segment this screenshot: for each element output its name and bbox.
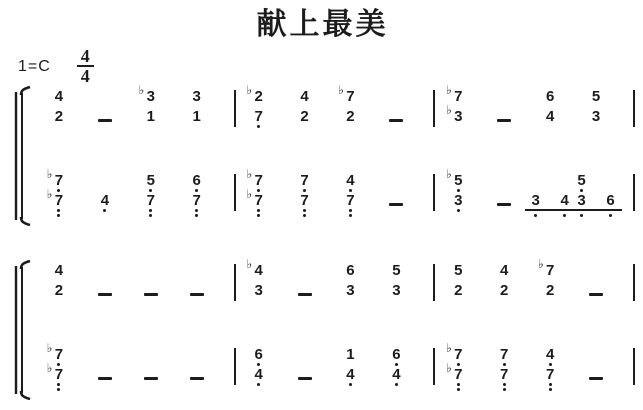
note: 6 <box>193 174 201 194</box>
note: 2 <box>300 110 308 130</box>
beat: ♭72 <box>527 264 573 304</box>
flat-icon: ♭ <box>47 168 53 180</box>
time-signature-denominator: 4 <box>77 65 94 85</box>
note-digit: 3 <box>193 90 201 104</box>
note-digit: 3 <box>531 194 539 208</box>
beat: ♭7♭3 <box>435 90 481 130</box>
note: 6 <box>254 348 262 368</box>
note-digit: 6 <box>346 264 354 278</box>
note-stack: ♭7♭7 <box>51 174 67 214</box>
octave-dot <box>57 388 60 391</box>
note-digit: 1 <box>193 110 201 124</box>
note-digit: 4 <box>546 348 554 362</box>
note-digit: 4 <box>55 264 63 278</box>
beat <box>573 264 619 304</box>
octave-dot <box>349 214 352 217</box>
octave-dots <box>57 209 60 217</box>
octave-dot <box>349 383 352 386</box>
measure: ♭7♭745767 <box>36 174 234 214</box>
note-digit: 7 <box>300 194 308 208</box>
note-digit: 6 <box>546 90 554 104</box>
note: ♭7 <box>55 348 63 368</box>
note-stack: 77 <box>496 348 512 388</box>
octave-dot <box>549 383 552 386</box>
note-digit: 4 <box>346 174 354 188</box>
flat-icon: ♭ <box>446 342 452 354</box>
dash-slot <box>143 368 159 388</box>
dash-slot <box>97 368 113 388</box>
note-stack: ♭27 <box>251 90 267 130</box>
note-digit: 2 <box>300 110 308 124</box>
note-stack <box>388 174 404 214</box>
note-digit: 7 <box>300 174 308 188</box>
octave-dots <box>257 209 260 217</box>
beat: 42 <box>481 264 527 304</box>
note-digit: 4 <box>55 90 63 104</box>
note-digit: 7 <box>254 174 262 188</box>
note: 3 <box>392 284 400 304</box>
flat-icon: ♭ <box>246 168 252 180</box>
sustain-dash <box>497 119 511 122</box>
beat: 53 <box>573 90 619 130</box>
octave-dot <box>57 214 60 217</box>
score: 42♭3131♭2742♭72♭7♭36453♭7♭745767♭7♭77747… <box>10 90 635 394</box>
note: ♭7 <box>454 348 462 368</box>
system: 42♭4363535242♭72♭7♭7641464♭7♭77747 <box>10 264 635 394</box>
octave-dot <box>195 209 198 212</box>
note-stack <box>97 348 113 388</box>
beat: 42 <box>282 90 328 130</box>
dash-slot <box>588 368 604 388</box>
sustain-dash <box>389 203 403 206</box>
note-digit: 4 <box>346 368 354 382</box>
note-digit: 7 <box>454 348 462 362</box>
measure: ♭5334536 <box>435 174 633 220</box>
note-digit: 3 <box>254 284 262 298</box>
note: 1 <box>147 110 155 130</box>
note: 5 <box>147 174 155 194</box>
sustain-dash <box>190 293 204 296</box>
note-stack <box>143 348 159 388</box>
beat: 67 <box>174 174 220 214</box>
dash-slot <box>388 110 404 130</box>
note: ♭7 <box>55 194 63 214</box>
measure: ♭7♭77747 <box>236 174 434 214</box>
note-stack: 31 <box>189 90 205 130</box>
beat <box>282 348 328 388</box>
beat: 34 <box>527 174 573 220</box>
note: ♭7 <box>454 90 462 110</box>
note-digit: 2 <box>346 110 354 124</box>
staff-line-treble: 42♭3131♭2742♭72♭7♭36453 <box>36 90 635 136</box>
note: 5 <box>392 264 400 284</box>
note: 5 <box>592 90 600 110</box>
beat: 31 <box>174 90 220 130</box>
note-digit: 7 <box>346 90 354 104</box>
note-digit: 5 <box>392 264 400 278</box>
dash-slot <box>388 194 404 214</box>
note: 7 <box>254 110 262 130</box>
beat <box>174 264 220 304</box>
note-digit: 5 <box>592 90 600 104</box>
beat: 42 <box>36 90 82 130</box>
beat: 64 <box>373 348 419 388</box>
note: 3 <box>577 194 585 214</box>
note-stack: 63 <box>342 264 358 304</box>
measure: ♭2742♭72 <box>236 90 434 130</box>
note-digit: 4 <box>101 194 109 208</box>
beat <box>82 264 128 304</box>
beat: 14 <box>328 348 374 388</box>
measure: 42♭3131 <box>36 90 234 130</box>
octave-dots <box>503 383 506 391</box>
beat: 53 <box>373 264 419 304</box>
note: 4 <box>55 264 63 284</box>
note-stack: 3 <box>528 174 544 220</box>
note: 4 <box>254 368 262 388</box>
flat-icon: ♭ <box>538 258 544 270</box>
flat-icon: ♭ <box>246 84 252 96</box>
note-digit: 7 <box>147 194 155 208</box>
octave-dot <box>395 383 398 386</box>
note-digit: 5 <box>454 174 462 188</box>
note-digit: 7 <box>546 368 554 382</box>
sustain-dash <box>298 293 312 296</box>
note-stack: 67 <box>189 174 205 214</box>
measure: ♭436353 <box>236 264 434 304</box>
staff-line-treble: 42♭4363535242♭72 <box>36 264 635 310</box>
note-digit: 2 <box>55 284 63 298</box>
note: 7 <box>346 194 354 214</box>
note: 4 <box>346 174 354 194</box>
dash-slot <box>97 284 113 304</box>
beat: 64 <box>236 348 282 388</box>
time-signature: 4 4 <box>77 47 94 85</box>
note: 2 <box>454 284 462 304</box>
octave-dot <box>303 209 306 212</box>
octave-dots <box>257 125 260 128</box>
note: ♭7 <box>55 368 63 388</box>
note: ♭5 <box>454 174 462 194</box>
octave-dot <box>457 383 460 386</box>
sustain-dash <box>98 377 112 380</box>
beat <box>481 174 527 220</box>
note-digit: 3 <box>147 90 155 104</box>
note-stack: 6 <box>603 174 619 220</box>
note-digit: 7 <box>55 348 63 362</box>
note: 2 <box>500 284 508 304</box>
flat-icon: ♭ <box>446 104 452 116</box>
eighth-beam-group: 536 <box>574 174 619 220</box>
beat <box>282 264 328 304</box>
note-digit: 7 <box>546 264 554 278</box>
note: ♭3 <box>147 90 155 110</box>
measure: 42 <box>36 264 234 304</box>
note: 4 <box>560 194 568 214</box>
octave-dots <box>103 209 106 212</box>
note: 3 <box>254 284 262 304</box>
octave-dot <box>349 209 352 212</box>
octave-dot <box>580 214 583 217</box>
octave-dot <box>257 214 260 217</box>
measure: 5242♭72 <box>435 264 633 304</box>
key-signature: 1=C <box>18 58 51 76</box>
signature-row: 1=C 4 4 <box>10 46 635 88</box>
beat <box>82 90 128 130</box>
note: 2 <box>55 110 63 130</box>
note-stack: ♭72 <box>542 264 558 304</box>
note-stack: 42 <box>297 90 313 130</box>
octave-dots <box>457 209 460 212</box>
beat <box>481 90 527 130</box>
note-digit: 3 <box>392 284 400 298</box>
note-digit: 1 <box>346 348 354 362</box>
beat: ♭7♭7 <box>36 174 82 214</box>
dash-slot <box>496 110 512 130</box>
note: ♭7 <box>55 174 63 194</box>
note-digit: 3 <box>592 110 600 124</box>
dash-slot <box>189 284 205 304</box>
note-stack: 53 <box>588 90 604 130</box>
octave-dots <box>257 383 260 386</box>
beat <box>373 90 419 130</box>
flat-icon: ♭ <box>47 362 53 374</box>
note: 7 <box>147 194 155 214</box>
beat <box>373 174 419 214</box>
octave-dot <box>549 388 552 391</box>
beat: 52 <box>435 264 481 304</box>
note: ♭7 <box>546 264 554 284</box>
note: 7 <box>193 194 201 214</box>
note-stack: 47 <box>342 174 358 214</box>
note: ♭7 <box>454 368 462 388</box>
octave-dot <box>303 214 306 217</box>
measure: ♭7♭36453 <box>435 90 633 130</box>
octave-dot <box>609 214 612 217</box>
octave-dots <box>563 214 566 217</box>
note-stack <box>97 264 113 304</box>
note-stack: ♭7♭7 <box>51 348 67 388</box>
note-digit: 6 <box>254 348 262 362</box>
beat: ♭7♭7 <box>236 174 282 214</box>
note-stack: 57 <box>143 174 159 214</box>
octave-dot <box>257 125 260 128</box>
note: 5 <box>454 264 462 284</box>
octave-dot <box>103 209 106 212</box>
note-stack: 53 <box>388 264 404 304</box>
flat-icon: ♭ <box>446 168 452 180</box>
note-stack <box>588 348 604 388</box>
octave-dots <box>534 214 537 217</box>
note-digit: 2 <box>546 284 554 298</box>
note: 4 <box>300 90 308 110</box>
beat <box>82 348 128 388</box>
flat-icon: ♭ <box>446 84 452 96</box>
octave-dot <box>457 388 460 391</box>
sustain-dash <box>589 377 603 380</box>
note-stack: ♭72 <box>342 90 358 130</box>
note-stack: 14 <box>342 348 358 388</box>
note-digit: 3 <box>454 194 462 208</box>
note: ♭3 <box>454 110 462 130</box>
flat-icon: ♭ <box>338 84 344 96</box>
note-stack <box>189 264 205 304</box>
note-stack <box>189 348 205 388</box>
note-digit: 4 <box>546 110 554 124</box>
sustain-dash <box>298 377 312 380</box>
flat-icon: ♭ <box>47 342 53 354</box>
note: 3 <box>531 194 539 214</box>
beat: 536 <box>573 174 619 220</box>
sustain-dash <box>144 377 158 380</box>
note-digit: 2 <box>500 284 508 298</box>
note-stack: ♭31 <box>143 90 159 130</box>
note-digit: 4 <box>254 264 262 278</box>
note-stack <box>388 90 404 130</box>
barline <box>633 264 635 301</box>
note-digit: 7 <box>454 90 462 104</box>
note: 3 <box>193 90 201 110</box>
octave-dot <box>503 388 506 391</box>
note: 4 <box>500 264 508 284</box>
note: 4 <box>346 368 354 388</box>
beam-underline <box>571 209 622 211</box>
note: 3 <box>454 194 462 214</box>
octave-dots <box>580 214 583 217</box>
note: ♭4 <box>254 264 262 284</box>
octave-dots <box>149 209 152 217</box>
sustain-dash <box>144 293 158 296</box>
note-stack: ♭43 <box>251 264 267 304</box>
note-stack: ♭7♭7 <box>450 348 466 388</box>
song-title: 献上最美 <box>10 4 635 46</box>
dash-slot <box>588 284 604 304</box>
octave-dot <box>257 383 260 386</box>
sheet-music-page: 献上最美 1=C 4 4 42♭3131♭2742♭72♭7♭36453♭7♭7… <box>0 0 643 410</box>
octave-dot <box>503 383 506 386</box>
dash-slot <box>297 368 313 388</box>
staff-line-bass: ♭7♭7641464♭7♭77747 <box>36 348 635 394</box>
beat: 57 <box>128 174 174 214</box>
note-stack: 52 <box>450 264 466 304</box>
note-digit: 4 <box>392 368 400 382</box>
note-stack: ♭7♭3 <box>450 90 466 130</box>
note-stack <box>496 90 512 130</box>
note-stack: 4 <box>557 174 573 220</box>
octave-dots <box>57 383 60 391</box>
note: 4 <box>55 90 63 110</box>
note-digit: 3 <box>577 194 585 208</box>
note-stack <box>97 90 113 130</box>
dash-slot <box>297 284 313 304</box>
octave-dot <box>57 209 60 212</box>
note: 6 <box>546 90 554 110</box>
octave-dot <box>257 209 260 212</box>
beat <box>128 348 174 388</box>
note-stack: 64 <box>388 348 404 388</box>
beat: 47 <box>328 174 374 214</box>
barline <box>633 90 635 127</box>
dash-slot <box>143 284 159 304</box>
note: 5 <box>577 174 585 194</box>
beat: ♭43 <box>236 264 282 304</box>
note-digit: 6 <box>193 174 201 188</box>
beat <box>174 348 220 388</box>
flat-icon: ♭ <box>139 84 145 96</box>
note-stack: ♭7♭7 <box>251 174 267 214</box>
note-digit: 3 <box>454 110 462 124</box>
octave-dots <box>349 383 352 386</box>
note-digit: 6 <box>392 348 400 362</box>
system-bracket <box>12 86 32 226</box>
note: 4 <box>546 348 554 368</box>
note-digit: 7 <box>254 194 262 208</box>
note: ♭7 <box>254 194 262 214</box>
sustain-dash <box>389 119 403 122</box>
note-stack <box>297 264 313 304</box>
note: 2 <box>346 110 354 130</box>
note: 6 <box>606 194 614 214</box>
system: 42♭3131♭2742♭72♭7♭36453♭7♭745767♭7♭77747… <box>10 90 635 220</box>
note-digit: 5 <box>577 174 585 188</box>
note-digit: 7 <box>346 194 354 208</box>
note-stack: 42 <box>51 264 67 304</box>
eighth-beam-group: 34 <box>528 174 573 220</box>
sustain-dash <box>98 119 112 122</box>
note: ♭7 <box>346 90 354 110</box>
sustain-dash <box>589 293 603 296</box>
dash-slot <box>189 368 205 388</box>
note-digit: 7 <box>55 194 63 208</box>
beat: ♭31 <box>128 90 174 130</box>
note: 7 <box>500 348 508 368</box>
note-digit: 5 <box>454 264 462 278</box>
note-digit: 4 <box>500 264 508 278</box>
note-stack: 64 <box>542 90 558 130</box>
octave-dot <box>57 383 60 386</box>
note: 7 <box>500 368 508 388</box>
sustain-dash <box>98 293 112 296</box>
note-digit: 7 <box>55 368 63 382</box>
note-digit: 4 <box>560 194 568 208</box>
measure: ♭7♭7 <box>36 348 234 388</box>
note-stack <box>496 174 512 220</box>
note: 1 <box>193 110 201 130</box>
note-stack: 53 <box>574 174 590 220</box>
note-digit: 5 <box>147 174 155 188</box>
octave-dot <box>563 214 566 217</box>
note-stack: 47 <box>542 348 558 388</box>
note-digit: 2 <box>254 90 262 104</box>
octave-dot <box>457 209 460 212</box>
note-digit: 7 <box>500 348 508 362</box>
note-digit: 1 <box>147 110 155 124</box>
octave-dot <box>149 209 152 212</box>
octave-dots <box>609 214 612 217</box>
octave-dot <box>534 214 537 217</box>
time-signature-numerator: 4 <box>77 47 94 65</box>
note-digit: 2 <box>454 284 462 298</box>
note-digit: 7 <box>193 194 201 208</box>
note: 7 <box>300 194 308 214</box>
note: 1 <box>346 348 354 368</box>
note-digit: 7 <box>500 368 508 382</box>
note: 7 <box>546 368 554 388</box>
octave-dot <box>149 214 152 217</box>
note: 2 <box>55 284 63 304</box>
note-stack: 64 <box>251 348 267 388</box>
flat-icon: ♭ <box>446 362 452 374</box>
